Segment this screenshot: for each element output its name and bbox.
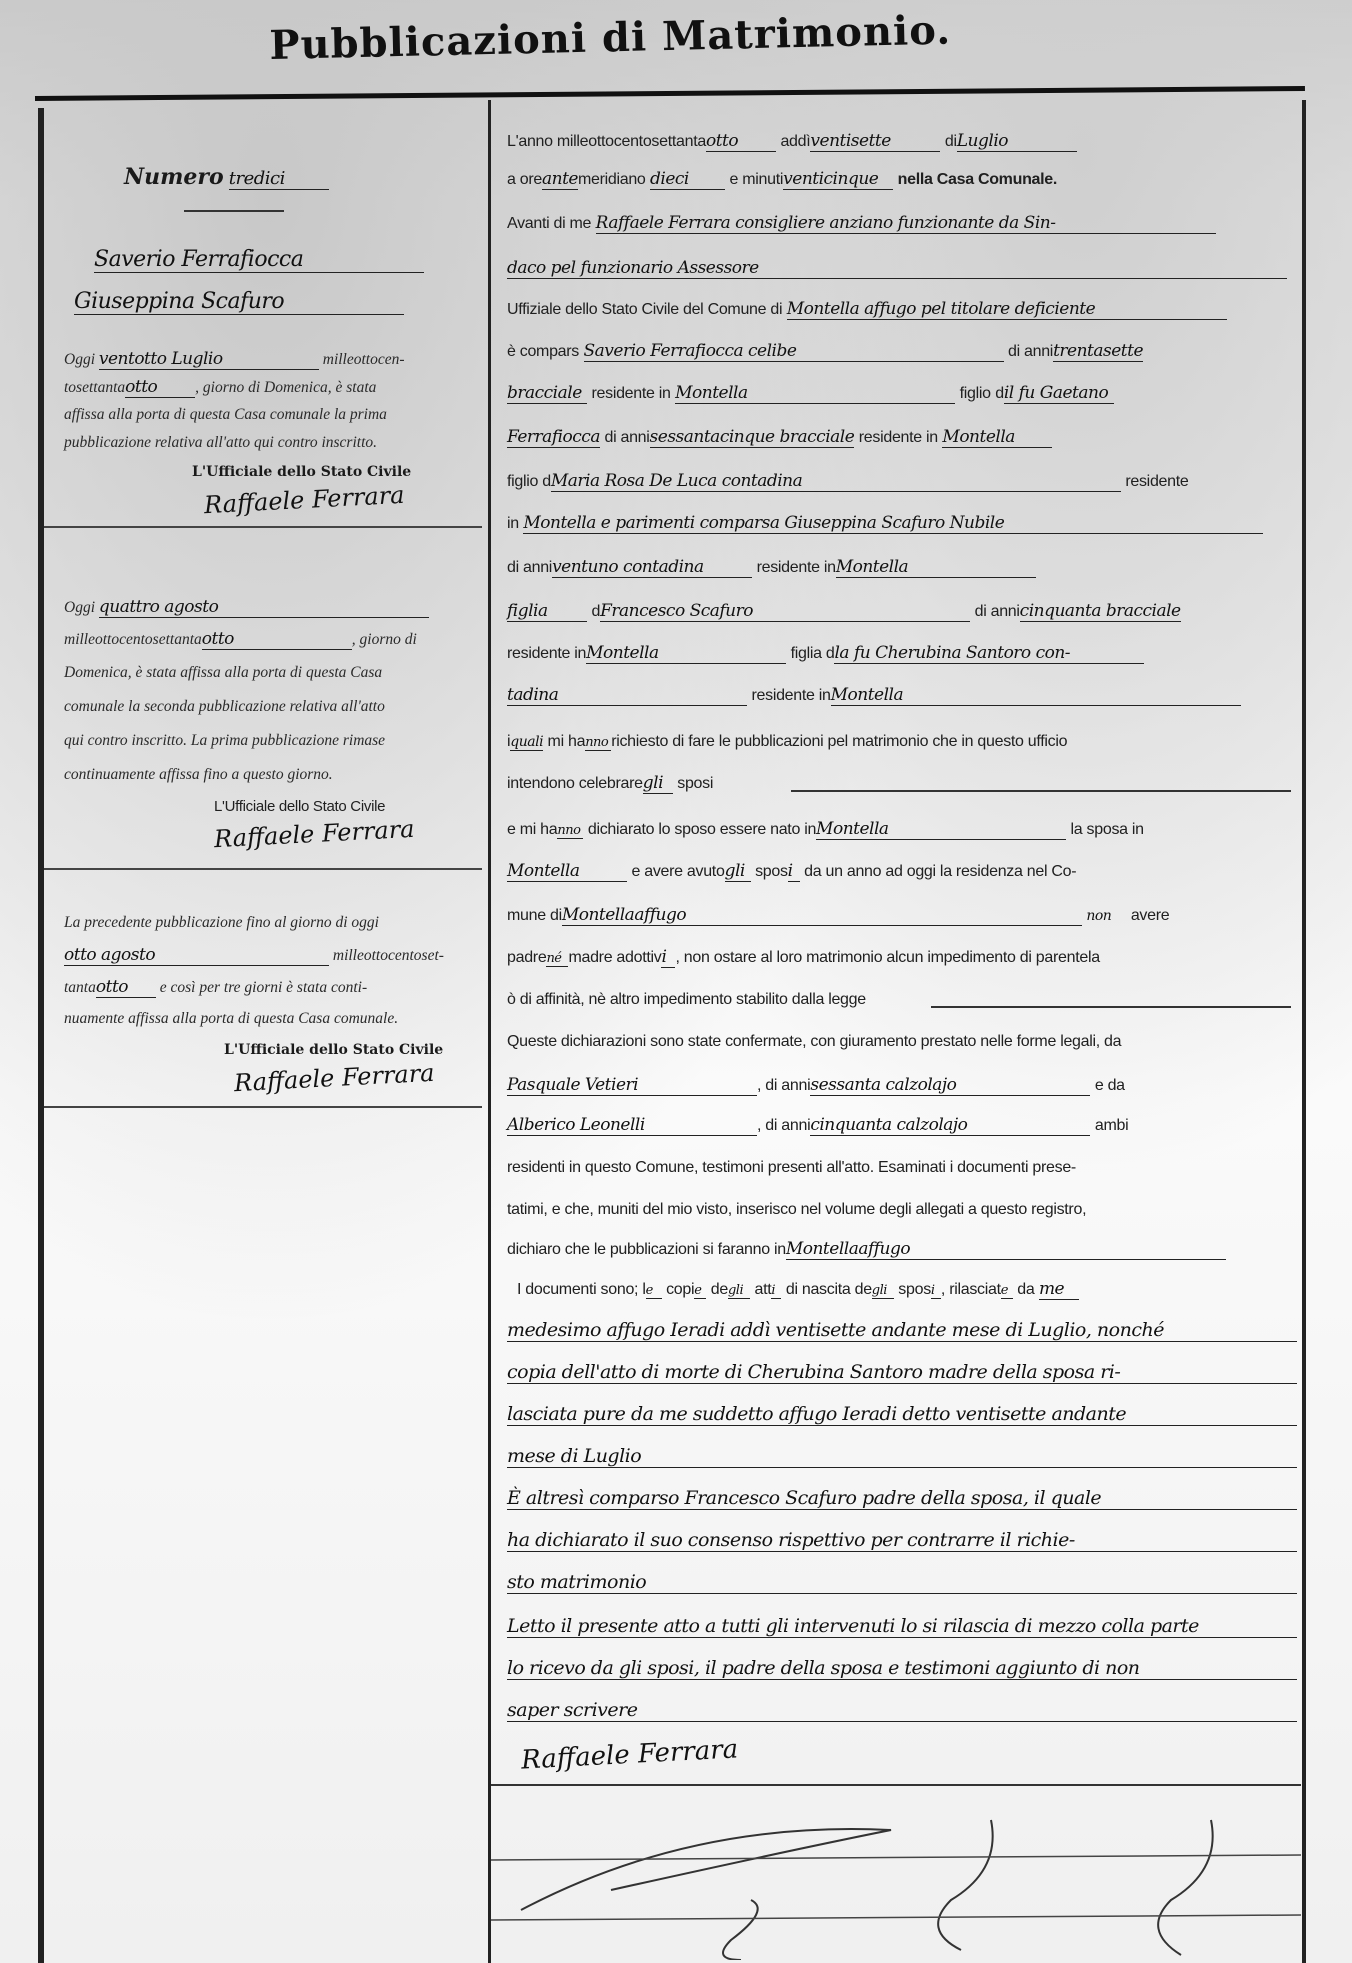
printed-text: in [507,515,519,532]
plural-hand: i [661,948,675,968]
cancellation-strokes-icon [491,1760,1301,1960]
line-suffix: milleottocen- [323,351,405,368]
suffix-hand: e [646,1284,662,1299]
day-hand: ventisette [810,132,940,152]
third-pub-signature-row: Raffaele Ferrara [234,1064,435,1092]
act-line-28: I documenti sono; le copie degli atti di… [517,1278,1079,1300]
printed-text: richiesto di fare le pubblicazioni pel m… [611,733,1067,750]
printed-text: padre [507,949,546,966]
groom-age-hand: trentasette [1053,342,1143,362]
first-pub-signature: Raffaele Ferrara [203,481,405,519]
printed-text: da [1017,1281,1034,1298]
first-pub-line3: affissa alla porta di questa Casa comuna… [64,406,387,424]
numero-row: Numero tredici [124,164,329,190]
blank-rule [931,1006,1291,1008]
act-line-25: residenti in questo Comune, testimoni pr… [507,1156,1076,1177]
first-pub-year: otto [125,378,195,398]
bride-hand: Montella e parimenti comparsa Giuseppina… [523,514,1263,534]
groom-name: Saverio Ferrafiocca [94,248,424,273]
printed-text: è compars [507,343,579,360]
bride-name: Giuseppina Scafuro [74,290,404,315]
line-prefix: tosettanta [64,379,125,396]
bride-father-hand: Francesco Scafuro [600,602,970,622]
handwritten-line: saper scrivere [507,1700,1297,1722]
printed-text: , di anni [757,1117,810,1134]
printed-text: tatimi, e che, muniti del mio visto, ins… [507,1201,1086,1218]
numero-label: Numero [124,164,224,190]
printed-text: spos [755,863,788,880]
witness2-hand: Alberico Leonelli [507,1116,757,1136]
line-suffix: e così per tre giorni è stata conti- [160,979,367,996]
line-suffix: , giorno di [352,631,417,648]
hand-text: medesimo affugo Ieradi addì ventisette a… [507,1320,1297,1342]
first-pub-signature-row: Raffaele Ferrara [204,486,405,514]
first-pub-officer: L'Ufficiale dello Stato Civile [192,464,411,480]
suffix-hand: e [1001,1284,1013,1299]
groom-father-age-hand: sessantacinque bracciale [650,428,855,448]
non-hand: non [1086,909,1126,924]
printed-text: Avanti di me [507,215,591,232]
act-line-12: figlia dFrancesco Scafuro di annicinquan… [507,600,1181,622]
issuer-hand: me [1039,1280,1079,1300]
act-line-4: daco pel funzionario Assessore [507,258,1287,279]
printed-text: , di anni [757,1077,810,1094]
act-line-19: mune diMontellaaffugo non avere [507,904,1169,926]
groom-father-hand: il fu Gaetano [1004,384,1114,404]
third-pub-officer: L'Ufficiale dello Stato Civile [224,1042,443,1058]
numero-value: tredici [229,169,329,190]
witness2-age-hand: cinquanta calzolajo [810,1116,1090,1136]
printed-text: da un anno ad oggi la residenza nel Co- [804,863,1076,880]
third-pub-line1: La precedente pubblicazione fino al gior… [64,914,379,932]
section-divider [44,868,482,870]
printed-text: residenti in questo Comune, testimoni pr… [507,1159,1076,1176]
printed-text: e minuti [730,171,784,188]
handwritten-line: Letto il presente atto a tutti gli inter… [507,1616,1297,1638]
third-pub-signature: Raffaele Ferrara [233,1059,435,1097]
bride-mother-occupation-hand: tadina [507,686,747,706]
printed-text: mi ha [548,733,586,750]
bride-mother-residence-hand: Montella [831,686,1241,706]
printed-text: di anni [604,429,649,446]
handwritten-line: È altresì comparso Francesco Scafuro pad… [507,1488,1297,1510]
bride-age-hand: ventuno contadina [552,558,752,578]
printed-text: residente in [592,385,671,402]
printed-text: di anni [507,559,552,576]
act-line-2: a oreantemeridiano dieci e minutiventici… [507,168,1057,190]
printed-text: residente in [859,429,938,446]
printed-text: e avere avuto [632,863,725,880]
suffix-hand: i [771,1284,781,1299]
bride-birthplace-hand: Montella [507,862,627,882]
witness1-hand: Pasquale Vetieri [507,1076,757,1096]
printed-text: d [592,603,601,620]
figlia-hand: figlia [507,602,587,622]
section-divider [44,1106,482,1108]
hour-hand: dieci [650,170,725,190]
second-pub-line2: milleottocentosettantaotto, giorno di [64,630,417,650]
printed-text: e da [1095,1077,1125,1094]
printed-text: residente in [507,645,586,662]
printed-text: meridiano [578,171,646,188]
second-pub-signature-row: Raffaele Ferrara [214,820,415,848]
groom-mother-hand: Maria Rosa De Luca contadina [551,472,1121,492]
act-line-6: è compars Saverio Ferrafiocca celibe di … [507,340,1143,362]
printed-text: figlia d [791,645,835,662]
printed-text: dichiaro che le pubblicazioni si faranno… [507,1241,786,1258]
act-line-24: Alberico Leonelli, di annicinquanta calz… [507,1114,1128,1136]
printed-text: ambi [1095,1117,1128,1134]
printed-text: addì [780,133,810,150]
line-suffix: milleottocentoset- [333,947,444,964]
printed-text: di [945,133,957,150]
hand-text: mese di Luglio [507,1446,1297,1468]
suffix-hand: gli [872,1284,894,1299]
first-pub-line4: pubblicazione relativa all'atto qui cont… [64,434,377,452]
printed-text: dichiarato lo sposo essere nato in [588,821,816,838]
hand-text: Letto il presente atto a tutti gli inter… [507,1616,1297,1638]
printed-text: mune di [507,907,562,924]
act-line-11: di anniventuno contadina residente inMon… [507,556,1036,578]
line-prefix: milleottocentosettanta [64,631,202,648]
bride-residence2-hand: Montella [586,644,786,664]
handwritten-line: medesimo affugo Ieradi addì ventisette a… [507,1320,1297,1342]
plural-hand: i [788,862,800,882]
printed-text: de [711,1281,728,1298]
groom-birthplace-hand: Montella [816,820,1066,840]
act-line-10: in Montella e parimenti comparsa Giusepp… [507,512,1263,534]
act-line-17: e mi hanno dichiarato lo sposo essere na… [507,818,1144,840]
printed-text: a ore [507,171,542,188]
year-hand: otto [706,132,776,152]
printed-text: L'anno milleottocentosettanta [507,133,706,150]
printed-text: di anni [1008,343,1053,360]
left-panel: Numero tredici Saverio Ferrafiocca Giuse… [38,108,482,1963]
groom-residence-hand: Montella [675,384,955,404]
witness1-age-hand: sessanta calzolajo [810,1076,1090,1096]
hand-text: sto matrimonio [507,1572,1297,1594]
second-pub-line4: comunale la seconda pubblicazione relati… [64,698,385,716]
printed-text: d [995,385,1004,402]
act-line-7: bracciale residente in Montella figlio d… [507,382,1114,404]
printed-text: la sposa in [1071,821,1144,838]
act-line-26: tatimi, e che, muniti del mio visto, ins… [507,1198,1086,1219]
printed-text: Uffiziale dello Stato Civile del Comune … [507,301,782,318]
second-pub-line1: Oggi quattro agosto [64,598,429,618]
groom-father-surname-hand: Ferrafiocca [507,428,600,448]
act-line-3: Avanti di me Raffaele Ferrara consiglier… [507,212,1216,234]
handwritten-line: sto matrimonio [507,1572,1297,1594]
second-pub-year: otto [202,630,352,650]
act-line-18: Montella e avere avutogli sposi da un an… [507,860,1076,882]
quali-hand: quali [510,735,543,751]
officiant-role-hand: daco pel funzionario Assessore [507,259,1287,279]
printed-text: att [754,1281,771,1298]
act-line-5: Uffiziale dello Stato Civile del Comune … [507,298,1227,320]
nno-hand: nno [585,736,611,751]
hand-text: saper scrivere [507,1700,1297,1722]
printed-text: residente in [752,687,831,704]
printed-text: , rilasciat [941,1281,1001,1298]
handwritten-line: lo ricevo da gli sposi, il padre della s… [507,1658,1297,1680]
act-line-20: padrenémadre adottivi, non ostare al lor… [507,946,1100,968]
printed-text: di anni [975,603,1020,620]
meridian-hand: ante [542,170,578,190]
handwritten-line: lasciata pure da me suddetto affugo Iera… [507,1404,1297,1426]
printed-text: sposi [677,775,713,792]
hand-text: È altresì comparso Francesco Scafuro pad… [507,1488,1297,1510]
ne-hand: né [546,952,568,967]
printed-text: , non ostare al loro matrimonio alcun im… [675,949,1099,966]
first-pub-line1: Oggi ventotto Luglio milleottocen- [64,350,405,370]
second-pub-signature: Raffaele Ferrara [213,815,415,853]
third-pub-year: otto [96,978,156,998]
printed-text: nella Casa Comunale. [898,171,1057,188]
hand-text: lo ricevo da gli sposi, il padre della s… [507,1658,1297,1680]
bride-name-row: Giuseppina Scafuro [74,290,404,315]
second-pub-officer: L'Ufficiale dello Stato Civile [214,798,385,815]
hand-text: lasciata pure da me suddetto affugo Iera… [507,1404,1297,1426]
second-pub-line3: Domenica, è stata affissa alla porta di … [64,664,382,682]
bride-mother-hand: la fu Cherubina Santoro con- [834,644,1144,664]
groom-hand: Saverio Ferrafiocca celibe [584,342,1004,362]
handwritten-line: mese di Luglio [507,1446,1297,1468]
line-suffix: , giorno di Domenica, è stata [195,379,376,396]
printed-text: ò di affinità, nè altro impedimento stab… [507,991,866,1008]
suffix-hand: e [694,1284,706,1299]
act-line-9: figlio dMaria Rosa De Luca contadina res… [507,470,1188,492]
act-line-1: L'anno milleottocentosettantaotto addìve… [507,130,1077,152]
printed-text: Queste dichiarazioni sono state conferma… [507,1033,1121,1050]
first-pub-line2: tosettantaotto, giorno di Domenica, è st… [64,378,376,398]
bride-father-age-hand: cinquanta bracciale [1020,602,1181,622]
printed-text: madre adottiv [568,949,661,966]
groom-father-residence-hand: Montella [942,428,1052,448]
printed-text: intendono celebrare [507,775,643,792]
act-line-8: Ferrafiocca di annisessantacinque bracci… [507,426,1052,448]
hand-text: copia dell'atto di morte di Cherubina Sa… [507,1362,1297,1384]
groom-occupation-hand: bracciale [507,384,587,404]
printed-text: spos [898,1281,931,1298]
printed-text: figlio [960,385,991,402]
gli-hand: gli [643,774,673,794]
bride-residence-hand: Montella [836,558,1036,578]
act-line-14: tadina residente inMontella [507,684,1241,706]
handwritten-line: ha dichiarato il suo consenso rispettivo… [507,1530,1297,1552]
line-prefix: tanta [64,979,96,996]
publication-place-hand: Montellaaffugo [786,1240,1226,1260]
third-pub-line4: nuamente affissa alla porta di questa Ca… [64,1010,398,1028]
second-pub-date: quattro agosto [99,598,429,618]
suffix-hand: i [931,1284,941,1299]
residence-comune-hand: Montellaaffugo [562,906,1082,926]
printed-text: residente [1125,473,1188,490]
second-pub-line5: qui contro inscritto. La prima pubblicaz… [64,732,385,750]
printed-text: I documenti sono; l [517,1281,646,1298]
handwritten-line: copia dell'atto di morte di Cherubina Sa… [507,1362,1297,1384]
printed-text: avere [1131,907,1170,924]
printed-text: figlio d [507,473,551,490]
act-line-27: dichiaro che le pubblicazioni si faranno… [507,1238,1226,1260]
act-line-16: intendono celebraregli sposi [507,772,713,794]
right-panel: L'anno milleottocentosettantaotto addìve… [488,100,1306,1963]
printed-text: copi [666,1281,694,1298]
oggi-label: Oggi [64,351,95,368]
third-pub-line2: otto agosto milleottocentoset- [64,946,444,966]
hand-text: ha dichiarato il suo consenso rispettivo… [507,1530,1297,1552]
act-line-21: ò di affinità, nè altro impedimento stab… [507,988,866,1009]
act-line-15: iquali mi hannorichiesto di fare le pubb… [507,730,1067,751]
gli-hand: gli [725,862,751,882]
numero-underline [184,210,284,212]
blank-rule [791,790,1291,792]
oggi-label: Oggi [64,599,95,616]
act-line-22: Queste dichiarazioni sono state conferma… [507,1030,1121,1051]
third-pub-line3: tantaotto e così per tre giorni è stata … [64,978,367,998]
nno-hand: nno [557,824,583,839]
second-pub-line6: continuamente affissa fino a questo gior… [64,766,333,784]
third-pub-date: otto agosto [64,946,329,966]
printed-text: e mi ha [507,821,557,838]
officiant-hand: Raffaele Ferrara consigliere anziano fun… [596,214,1216,234]
first-pub-date: ventotto Luglio [99,350,319,370]
minutes-hand: venticinque [783,170,893,190]
act-line-13: residente inMontella figlia dla fu Cheru… [507,642,1144,664]
suffix-hand: gli [728,1284,750,1299]
printed-text: di nascita de [786,1281,872,1298]
act-line-23: Pasquale Vetieri, di annisessanta calzol… [507,1074,1125,1096]
month-hand: Luglio [957,132,1077,152]
printed-text: residente in [757,559,836,576]
section-divider [44,526,482,528]
comune-hand: Montella affugo pel titolare deficiente [787,300,1227,320]
groom-name-row: Saverio Ferrafiocca [94,248,424,273]
